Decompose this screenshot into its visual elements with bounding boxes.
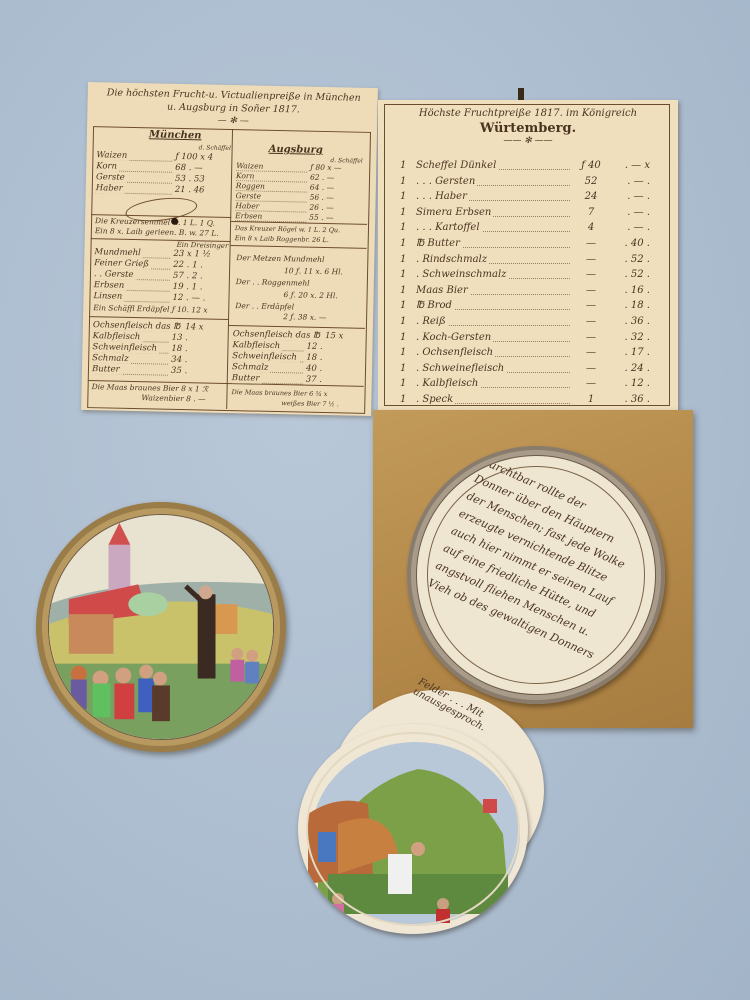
munich-grain-list: Waizenƒ 100 x 4 Korn68 . — Gerste53 . 53… xyxy=(96,150,232,197)
church-medallion xyxy=(36,502,286,752)
list-item: 1℔ Butter—. 40 . xyxy=(400,236,650,252)
list-item: 1. Rindschmalz—. 52 . xyxy=(400,252,650,268)
list-item: 1. Reiß—. 36 . xyxy=(400,314,650,330)
augsburg-beer-note-2: weißes Bier 7 ½ . xyxy=(281,398,339,409)
title-line-2: Würtemberg. xyxy=(378,121,678,136)
list-item: 1Simera Erbsen7. — . xyxy=(400,205,650,221)
augsburg-heading: Augsburg xyxy=(269,144,323,156)
right-page-wurttemberg: Höchste Fruchtpreiße 1817. im Königreich… xyxy=(378,100,678,412)
verse-medallion: Furchtbar rollte der Donner über den Häu… xyxy=(407,446,665,704)
left-page-munich-augsburg: Die höchsten Frucht-u. Victualienpreiße … xyxy=(81,82,378,416)
harvest-medallion xyxy=(298,724,528,934)
church-scene-illustration xyxy=(49,515,273,739)
list-item: 1Scheffel Dünkelƒ 40. — x xyxy=(400,158,650,174)
augsburg-grain-list: Waizenƒ 80 x — Korn62 . — Roggen64 . — G… xyxy=(235,161,366,224)
list-item: 1. Ochsenfleisch—. 17 . xyxy=(400,345,650,361)
list-item: 1. Schweinefleisch—. 24 . xyxy=(400,361,650,377)
title-line-1: Höchste Fruchtpreiße 1817. im Königreich xyxy=(419,108,637,119)
munich-unit: d. Schäffel xyxy=(199,144,231,152)
list-item: 1. . . Haber24. — . xyxy=(400,189,650,205)
price-booklet: Die höchsten Frucht-u. Victualienpreiße … xyxy=(88,82,688,412)
list-item: 1. Speck1. 36 . xyxy=(400,392,650,408)
list-item: 1. . . Kartoffel4. — . xyxy=(400,220,650,236)
left-page-title: Die höchsten Frucht-u. Victualienpreiße … xyxy=(93,86,374,131)
harvest-medallion-stack: Felder . . . Mit unausgesproch. xyxy=(298,690,548,935)
wurttemberg-price-list: 1Scheffel Dünkelƒ 40. — x 1. . . Gersten… xyxy=(400,158,650,423)
medallion-rim xyxy=(306,732,520,926)
augsburg-flour-note: Der Metzen Mundmehl xyxy=(236,253,324,265)
augsburg-flour-note: 2 ƒ. 38 x. — xyxy=(283,312,326,323)
augsburg-bread-note-2: Ein 8 x Laib Roggenbr. 26 L. xyxy=(235,233,329,245)
list-item: 1℔ Brod—. 18 . xyxy=(400,298,650,314)
munich-meat-list: Ochsenfleisch das ℔14 x Kalbfleisch13 . … xyxy=(92,320,228,378)
clasp xyxy=(518,88,524,100)
augsburg-flour-note: 6 ƒ. 20 x. 2 Hl. xyxy=(283,290,337,301)
munich-flour-list: Mundmehl23 x 1 ½ Feiner Grieß22 . 1 . . … xyxy=(93,247,229,305)
list-item: 1. Koch-Gersten—. 32 . xyxy=(400,330,650,346)
right-page-title: Höchste Fruchtpreiße 1817. im Königreich… xyxy=(378,108,678,146)
augsburg-flour-note: 10 ƒ. 11 x. 6 Hl. xyxy=(284,266,343,277)
list-item: 1. Schweinschmalz—. 52 . xyxy=(400,267,650,283)
augsburg-flour-note: Der . . Roggenmehl xyxy=(236,277,310,289)
augsburg-beer-note-1: Die Maas braunes Bier 6 ¾ x xyxy=(231,387,327,399)
list-item: 1Maas Bier—. 16 . xyxy=(400,283,650,299)
augsburg-meat-list: Ochsenfleisch das ℔15 x Kalbfleisch12 . … xyxy=(232,329,363,387)
munich-beer-note-2: Waizenbier 8 . — xyxy=(141,393,205,404)
list-item: 1. Kalbfleisch—. 12 . xyxy=(400,376,650,392)
list-item: 1. . . Gersten52. — . xyxy=(400,174,650,190)
augsburg-flour-note: Der . . Erdäpfel xyxy=(235,301,294,312)
ornament-icon: —— ✻ —— xyxy=(378,136,678,146)
munich-heading: München xyxy=(149,129,202,141)
